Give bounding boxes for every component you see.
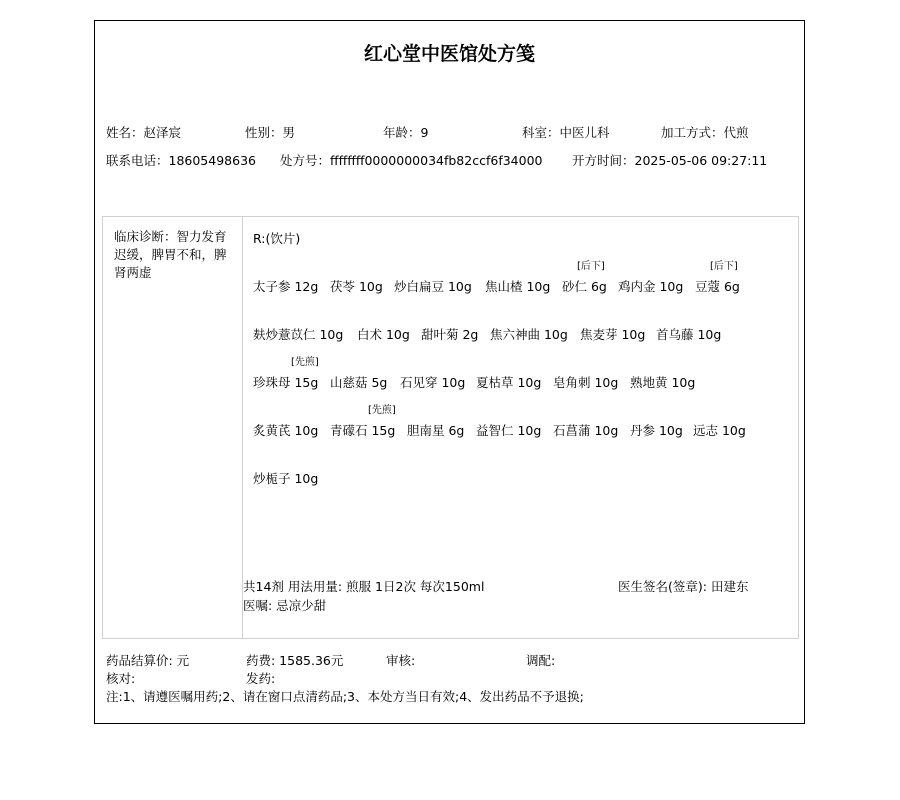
rx-header: R:(饮片)	[253, 229, 300, 247]
footer-notes: 注:1、请遵医嘱用药;2、请在窗口点清药品;3、本处方当日有效;4、发出药品不予…	[106, 687, 584, 705]
herb-item: 砂仁 6g	[562, 277, 607, 295]
herb-item: 麸炒薏苡仁 10g	[253, 325, 343, 343]
patient-name: 姓名：赵泽宸	[106, 123, 181, 141]
column-divider	[242, 217, 243, 638]
drug-fee: 药费: 1585.36元	[246, 651, 343, 669]
usage-instructions: 共14剂 用法用量: 煎服 1日2次 每次150ml	[243, 577, 484, 595]
herb-item: 焦六神曲 10g	[490, 325, 568, 343]
clinical-diagnosis: 临床诊断：智力发育迟缓，脾胃不和，脾肾两虚	[114, 228, 234, 282]
herb-item: 远志 10g	[693, 421, 746, 439]
herb-item: 焦山楂 10g	[485, 277, 550, 295]
review-label: 审核:	[386, 651, 415, 669]
herb-item: 山慈菇 5g	[330, 373, 387, 391]
herb-note: [后下]	[710, 257, 738, 272]
herb-item: 石菖蒲 10g	[553, 421, 618, 439]
herb-item: 丹参 10g	[630, 421, 683, 439]
herb-item: 夏枯草 10g	[476, 373, 541, 391]
herb-item: 珍珠母 15g	[253, 373, 318, 391]
herb-item: 茯苓 10g	[330, 277, 383, 295]
herb-item: 熟地黄 10g	[630, 373, 695, 391]
prescription-table: 临床诊断：智力发育迟缓，脾胃不和，脾肾两虚 R:(饮片) 太子参 12g 茯苓 …	[102, 216, 799, 639]
herb-item: 焦麦芽 10g	[580, 325, 645, 343]
herb-item: 鸡内金 10g	[618, 277, 683, 295]
patient-gender: 性别：男	[245, 123, 295, 141]
page-title: 红心堂中医馆处方笺	[95, 39, 804, 66]
herb-item: 首乌藤 10g	[656, 325, 721, 343]
check-label: 核对:	[106, 669, 135, 687]
herb-item: 胆南星 6g	[407, 421, 464, 439]
doctor-signature: 医生签名(签章): 田建东	[618, 577, 748, 595]
herb-item: 太子参 12g	[253, 277, 318, 295]
dispense-label: 发药:	[246, 669, 275, 687]
herb-item: 青礞石 15g	[330, 421, 395, 439]
herb-note: [先煎]	[368, 401, 396, 416]
herb-item: 白术 10g	[357, 325, 410, 343]
medical-advice: 医嘱: 忌凉少甜	[243, 596, 326, 614]
dispense-mix-label: 调配:	[526, 651, 555, 669]
herb-item: 皂角刺 10g	[553, 373, 618, 391]
herb-item: 炒栀子 10g	[253, 469, 318, 487]
settle-price: 药品结算价: 元	[106, 651, 189, 669]
herb-item: 益智仁 10g	[476, 421, 541, 439]
herb-item: 炒白扁豆 10g	[394, 277, 472, 295]
herb-item: 豆蔻 6g	[695, 277, 740, 295]
herb-item: 炙黄芪 10g	[253, 421, 318, 439]
herb-note: [后下]	[577, 257, 605, 272]
rx-time: 开方时间：2025-05-06 09:27:11	[572, 151, 767, 169]
prescription-sheet: 红心堂中医馆处方笺 姓名：赵泽宸 性别：男 年龄：9 科室：中医儿科 加工方式：…	[94, 20, 805, 724]
herb-note: [先煎]	[291, 353, 319, 368]
patient-age: 年龄：9	[383, 123, 428, 141]
rx-number: 处方号：ffffffff0000000034fb82ccf6f34000	[280, 151, 542, 169]
department: 科室：中医儿科	[522, 123, 610, 141]
processing-method: 加工方式：代煎	[661, 123, 749, 141]
contact-phone: 联系电话：18605498636	[106, 151, 256, 169]
herb-item: 甜叶菊 2g	[421, 325, 478, 343]
herb-item: 石见穿 10g	[400, 373, 465, 391]
